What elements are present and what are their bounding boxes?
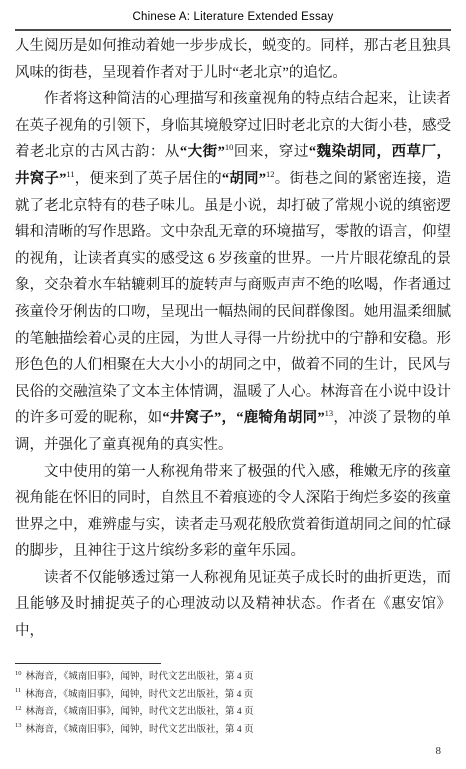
footnote-text: 林海音，《城南旧事》，闻钟，时代文艺出版社，第 4 页 (26, 707, 254, 717)
footnote-text: 林海音，《城南旧事》，闻钟，时代文艺出版社，第 4 页 (25, 690, 253, 700)
footnote-ref: 12 (266, 169, 275, 179)
document-page: Chinese A: Literature Extended Essay 人生阅… (0, 0, 466, 769)
text-run: 。街巷之间的紧密连接，造就了老北京特有的巷子味儿。虽是小说，却打破了常规小说的缜… (15, 171, 451, 426)
footnote-number: 13 (15, 722, 22, 729)
footnote-section: 10林海音，《城南旧事》，闻钟，时代文艺出版社，第 4 页11林海音，《城南旧事… (15, 663, 451, 742)
quoted-term: “井窝子”，“鹿犄角胡同” (162, 410, 324, 426)
text-run: 文中使用的第一人称视角带来了极强的代入感，稚嫩无序的孩童视角能在怀旧的同时，自然… (15, 464, 451, 560)
page-header: Chinese A: Literature Extended Essay (15, 7, 451, 31)
footnote-item: 13林海音，《城南旧事》，闻钟，时代文艺出版社，第 4 页 (15, 725, 451, 736)
footnote-number: 10 (15, 670, 22, 677)
paragraph: 文中使用的第一人称视角带来了极强的代入感，稚嫩无序的孩童视角能在怀旧的同时，自然… (15, 459, 451, 565)
paragraph: 读者不仅能够透过第一人称视角见证英子成长时的曲折更迭，而且能够及时捕捉英子的心理… (15, 565, 451, 645)
footnote-item: 12林海音，《城南旧事》，闻钟，时代文艺出版社，第 4 页 (15, 707, 451, 718)
footnote-text: 林海音，《城南旧事》，闻钟，时代文艺出版社，第 4 页 (26, 672, 254, 682)
text-run: 回来，穿过 (233, 144, 308, 160)
footnote-ref: 13 (325, 408, 334, 418)
footnote-number: 11 (15, 687, 21, 694)
quoted-term: “胡同” (222, 171, 266, 187)
paragraph: 作者将这种简洁的心理描写和孩童视角的特点结合起来，让读者在英子视角的引领下，身临… (15, 86, 451, 458)
text-run: 读者不仅能够透过第一人称视角见证英子成长时的曲折更迭，而且能够及时捕捉英子的心理… (15, 570, 451, 639)
text-run: 人生阅历是如何推动着她一步步成长，蜕变的。同样，那古老且独具风味的街巷，呈现着作… (15, 38, 451, 81)
quoted-term: “大街” (180, 144, 225, 160)
footnote-text: 林海音，《城南旧事》，闻钟，时代文艺出版社，第 4 页 (26, 725, 254, 735)
paragraph: 人生阅历是如何推动着她一步步成长，蜕变的。同样，那古老且独具风味的街巷，呈现着作… (15, 33, 451, 86)
footnote-item: 10林海音，《城南旧事》，闻钟，时代文艺出版社，第 4 页 (15, 672, 451, 683)
footnote-number: 12 (15, 705, 22, 712)
essay-body: 人生阅历是如何推动着她一步步成长，蜕变的。同样，那古老且独具风味的街巷，呈现着作… (15, 33, 451, 645)
header-title: Chinese A: Literature Extended Essay (133, 11, 334, 23)
footnote-ref: 11 (66, 169, 74, 179)
text-run: ，便来到了英子居住的 (75, 171, 222, 187)
footnote-list: 10林海音，《城南旧事》，闻钟，时代文艺出版社，第 4 页11林海音，《城南旧事… (15, 672, 451, 736)
footnote-separator (15, 663, 161, 664)
page-number: 8 (436, 745, 442, 757)
footnote-item: 11林海音，《城南旧事》，闻钟，时代文艺出版社，第 4 页 (15, 690, 451, 701)
